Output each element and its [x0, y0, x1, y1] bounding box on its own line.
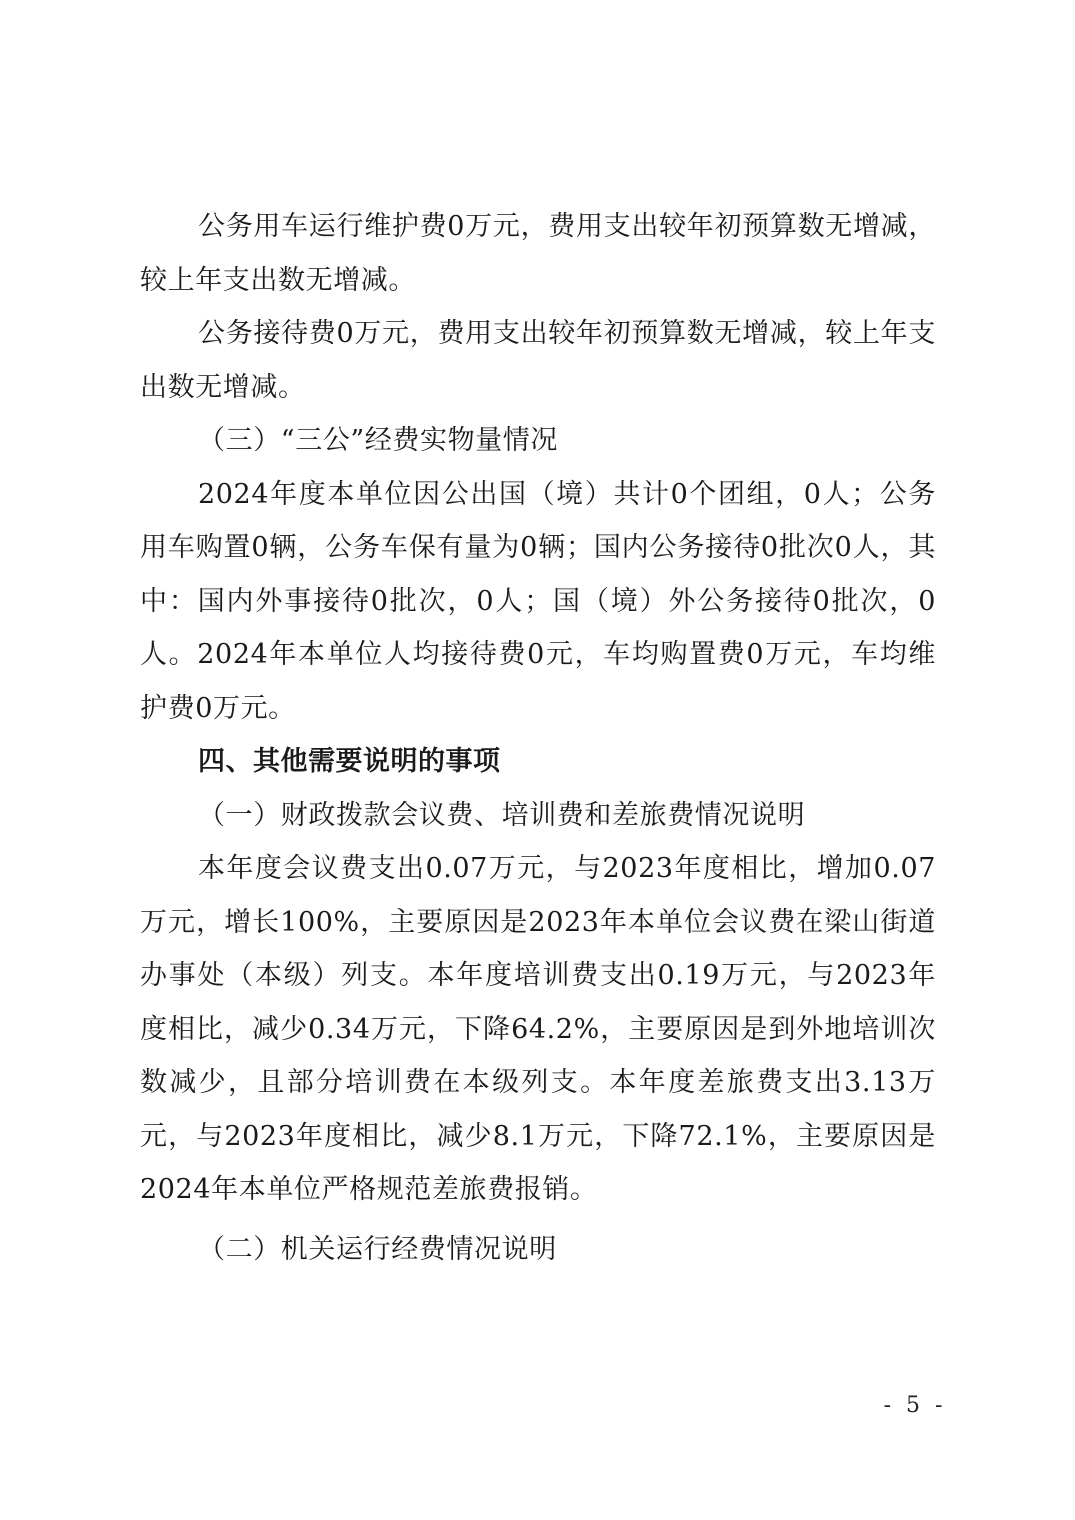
paragraph-reception-fee: 公务接待费0万元，费用支出较年初预算数无增减，较上年支出数无增减。 [140, 307, 936, 414]
page-number: - 5 - [880, 1393, 950, 1418]
subheading-agency-operating-costs: （二）机关运行经费情况说明 [140, 1217, 936, 1277]
paragraph-meeting-training-travel: 本年度会议费支出0.07万元，与2023年度相比，增加0.07万元，增长100%… [140, 842, 936, 1217]
subheading-meeting-training-travel: （一）财政拨款会议费、培训费和差旅费情况说明 [140, 789, 936, 843]
paragraph-physical-quantities: 2024年度本单位因公出国（境）共计0个团组，0人；公务用车购置0辆，公务车保有… [140, 468, 936, 736]
paragraph-vehicle-maintenance: 公务用车运行维护费0万元，费用支出较年初预算数无增减，较上年支出数无增减。 [140, 200, 936, 307]
subheading-three-public-physical: （三）“三公”经费实物量情况 [140, 414, 936, 468]
heading-other-matters: 四、其他需要说明的事项 [140, 735, 936, 789]
document-page: 公务用车运行维护费0万元，费用支出较年初预算数无增减，较上年支出数无增减。 公务… [140, 200, 936, 1276]
